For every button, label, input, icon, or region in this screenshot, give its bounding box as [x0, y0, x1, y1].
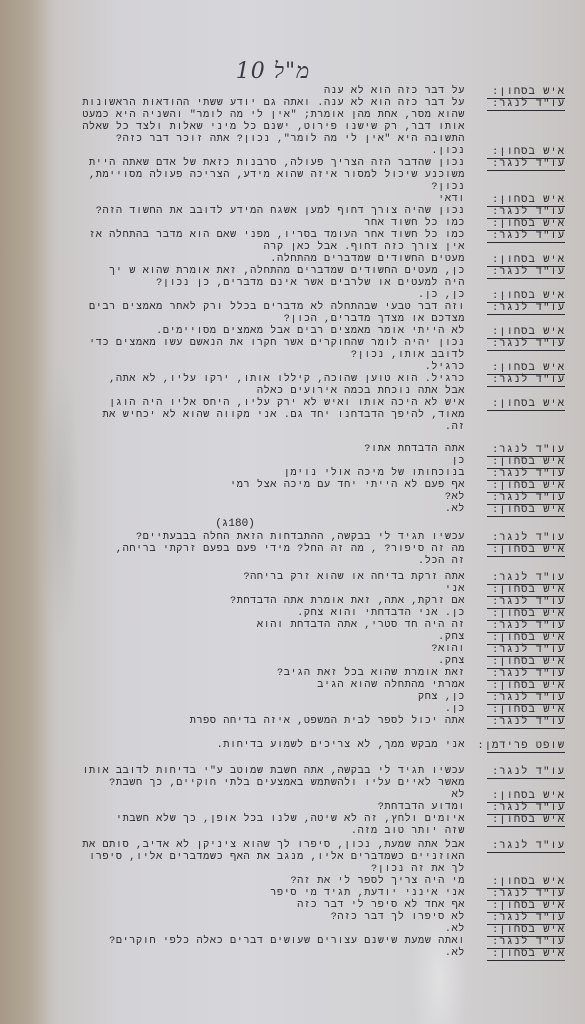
transcript-line: עו"ד לנגרזאת אומרת שהוא בכל זאת הגיב?: [0, 668, 585, 680]
transcript-line: איש בסחוןמי היה צריך לספר לי את זה?: [0, 876, 585, 888]
utterance-text: אין צורך כזה דחוף. אבל כאן קרה: [65, 242, 465, 254]
utterance-text: שזה יותר טוב מזה.: [65, 826, 465, 838]
transcript-line: עו"ד לנגרעכשיו תגיד לי בבקשה, ההתבדחות ה…: [0, 532, 585, 544]
transcript-line: איש בסחוןכמו כל חשוד אחר: [0, 218, 585, 230]
transcript-line: עו"ד לנגרלא?: [0, 492, 585, 504]
utterance-text: עכשיו תגיד לי בבקשה, ההתבדחות הזאת החלה …: [65, 532, 465, 544]
utterance-text: זה הכל.: [65, 556, 465, 568]
utterance-text: כן, צחק: [65, 692, 465, 704]
utterance-text: מאוד, להיפך הדבדחנו יחד גם. אני מקווה שה…: [65, 410, 465, 422]
utterance-text: עכשיו תגיד לי בבקשה, אתה חשבת שמוטב ע"י …: [65, 766, 465, 778]
utterance-text: כרגיל.: [65, 362, 465, 374]
transcript-line: איש בסחוןודאי: [0, 194, 585, 206]
utterance-text: נכון.: [65, 146, 465, 158]
utterance-text: ואתה שמעת שישנם עצורים שעושים דברים כאלה…: [65, 936, 465, 948]
transcript-line: איש בסחוןמה זה סיפור? , מה זה החל? מידי …: [0, 544, 585, 556]
utterance-text: זה היה חד סטרי, אתה הדבדחת והוא: [65, 620, 465, 632]
transcript-line: עו"ד לנגרוזה דבר טבעי שבהתחלה לא מדברים …: [0, 302, 585, 314]
transcript-line: איש בסחוןאף אחד לא סיפר לי דבר כזה: [0, 900, 585, 912]
transcript-line: עו"ד לנגראתה זרקת בדיחה או שהוא זרק בריח…: [0, 572, 585, 584]
transcript-line: עו"ד לנגראני אינני יודעת, תגיד מי סיפר: [0, 888, 585, 900]
transcript-line: איש בסחוןכן.: [0, 704, 585, 716]
transcript-line: שזה יותר טוב מזה.: [0, 826, 585, 838]
utterance-text: ודאי: [65, 194, 465, 206]
transcript-line: עו"ד לנגרעל דבר כזה הוא לא ענה. ואתה גם …: [0, 98, 585, 110]
transcript-line: איש בסחוןצחק.: [0, 656, 585, 668]
utterance-text: מי היה צריך לספר לי את זה?: [65, 876, 465, 888]
utterance-text: כן: [65, 456, 465, 468]
transcript-line: היה למעטים או שלרבים אשר אינם מדברים, כן…: [0, 278, 585, 290]
transcript-line: שהוא מסר, אחת מהן אומרת; "אין לי מה לומר…: [0, 110, 585, 122]
transcript-line: איש בסחוןלא.: [0, 924, 585, 936]
transcript-line: עו"ד לנגרוהוא?: [0, 644, 585, 656]
transcript-line: איש בסחוןכן, כן.: [0, 290, 585, 302]
transcript-line: איש בסחוןאמרתי מהתחלה שהוא הגיב: [0, 680, 585, 692]
transcript-line: האוזניים כשמדברים אליו, מנגב את האף כשמד…: [0, 852, 585, 864]
utterance-text: אף אחד לא סיפר לי דבר כזה: [65, 900, 465, 912]
transcript-line: עו"ד לנגרנכון שהדבר הזה הצריך פעולה, סרב…: [0, 158, 585, 170]
utterance-text: אבל אתה נוכחת בכמה אירועים כאלה: [65, 386, 465, 398]
transcript-line: איש בסחוןאיומים ולחץ, זה לא שיטה, שלנו ב…: [0, 814, 585, 826]
utterance-text: אני מבקש ממך, לא צריכים לשמוע בדיחות.: [65, 740, 465, 752]
utterance-text: לא.: [65, 948, 465, 960]
transcript-line: איש בסחוןלא: [0, 790, 585, 802]
transcript-line: איש בסחוןצחק.: [0, 632, 585, 644]
utterance-text: לך את זה נכון?: [65, 864, 465, 876]
utterance-text: אם זרקת, אתה, זאת אומרת אתה הדבדחת?: [65, 596, 465, 608]
transcript-line: עו"ד לנגרנכון יהיה לומר שהחוקרים אשר חקר…: [0, 338, 585, 350]
utterance-text: כמו כל חשוד אחר: [65, 218, 465, 230]
transcript-line: עו"ד לנגרעכשיו תגיד לי בבקשה, אתה חשבת ש…: [0, 766, 585, 778]
transcript-line: עו"ד לנגראם זרקת, אתה, זאת אומרת אתה הדב…: [0, 596, 585, 608]
utterance-text: שהוא מסר, אחת מהן אומרת; "אין לי מה לומר…: [65, 110, 465, 122]
utterance-text: כן, מעטים החשודים שמדברים מהתחלה, זאת או…: [65, 266, 465, 278]
utterance-text: לא.: [65, 504, 465, 516]
utterance-text: מצדכם או מצדך מדברים, הכון?: [65, 314, 465, 326]
transcript-line: עו"ד לנגרכמו כל חשוד אחר העומד בסריו, מפ…: [0, 230, 585, 242]
transcript-line: מאוד, להיפך הדבדחנו יחד גם. אני מקווה שה…: [0, 410, 585, 422]
utterance-text: והוא?: [65, 644, 465, 656]
speaker-label: עו"ד לנגר: [487, 716, 565, 729]
transcript-line: עו"ד לנגראתה הדבדחת אתו?: [0, 444, 585, 456]
utterance-text: איש לא היכה אותו ואיש לא ירק עליו, היחס …: [65, 398, 465, 410]
transcript-line: איש בסחוןכרגיל.: [0, 362, 585, 374]
transcript-line: איש בסחוןאף פעם לא הייתי יחד עם מיכה אצל…: [0, 480, 585, 492]
utterance-text: כן.: [65, 704, 465, 716]
utterance-text: כרגיל. הוא טוען שהוכה, קיללו אותו, ירקו …: [65, 374, 465, 386]
transcript-line: איש בסחוןלא הייתי אומר מאמצים רבים אבל מ…: [0, 326, 585, 338]
transcript-line: איש בסחוןנכון.: [0, 146, 585, 158]
utterance-text: אף פעם לא הייתי יחד עם מיכה אצל רמי: [65, 480, 465, 492]
transcript-line: עו"ד לנגרלא סיפרו לך דבר כזה?: [0, 912, 585, 924]
utterance-text: צחק.: [65, 632, 465, 644]
transcript-line: זה הכל.: [0, 556, 585, 568]
utterance-text: זאת אומרת שהוא בכל זאת הגיב?: [65, 668, 465, 680]
transcript-line: איש בסחוןלא.: [0, 948, 585, 960]
transcript-line: עו"ד לנגרכרגיל. הוא טוען שהוכה, קיללו או…: [0, 374, 585, 386]
speaker-label: איש בסחון: [487, 948, 565, 961]
utterance-text: כן, כן.: [65, 290, 465, 302]
utterance-text: אותו דבר, רק שישנו פירוט, ישנם כל מיני ש…: [65, 122, 465, 134]
utterance-text: על דבר כזה הוא לא ענה. ואתה גם יודע ששתי…: [65, 98, 465, 110]
utterance-text: התשובה היא "אין לי מה לומר", נכון? אתה ז…: [65, 134, 465, 146]
transcript-line: אין צורך כזה דחוף. אבל כאן קרה: [0, 242, 585, 254]
utterance-text: נכון שהדבר הזה הצריך פעולה, סרבנות כזאת …: [65, 158, 465, 170]
utterance-text: לא.: [65, 924, 465, 936]
utterance-text: זה.: [65, 422, 465, 434]
transcript-line: התשובה היא "אין לי מה לומר", נכון? אתה ז…: [0, 134, 585, 146]
utterance-text: אבל אתה שמעת, נכון, סיפרו לך שהוא ציניקן…: [65, 840, 465, 852]
utterance-text: בנוכחותו של מיכה אולי נוימן: [65, 468, 465, 480]
utterance-text: כן. אני הדבדחתי והוא צחק.: [65, 608, 465, 620]
transcript-line: עו"ד לנגרכן, צחק: [0, 692, 585, 704]
speaker-label: איש בסחון: [487, 504, 565, 517]
transcript-line: משוכנע שיכול למסור איזה שהוא מידע, הצריכ…: [0, 170, 585, 182]
utterance-text: צחק.: [65, 656, 465, 668]
utterance-text: אתה יכול לספר לבית המשפט, איזה בדיחה ספר…: [65, 716, 465, 728]
utterance-text: היה למעטים או שלרבים אשר אינם מדברים, כן…: [65, 278, 465, 290]
utterance-text: האוזניים כשמדברים אליו, מנגב את האף כשמד…: [65, 852, 465, 864]
transcript-body: איש בסחוןעל דבר כזה הוא לא ענהעו"ד לנגרע…: [0, 0, 585, 1024]
transcript-line: איש בסחוןאני: [0, 584, 585, 596]
utterance-text: מעטים החשודים שמדברים מהתחלה.: [65, 254, 465, 266]
transcript-line: עו"ד לנגראתה יכול לספר לבית המשפט, איזה …: [0, 716, 585, 728]
utterance-text: לא הייתי אומר מאמצים רבים אבל מאמצים מסו…: [65, 326, 465, 338]
utterance-text: נכון שהיה צורך דחוף למען אשגח המידע לדוב…: [65, 206, 465, 218]
utterance-text: על דבר כזה הוא לא ענה: [65, 86, 465, 98]
utterance-text: וזה דבר טבעי שבהתחלה לא מדברים בכלל ורק …: [65, 302, 465, 314]
transcript-line: נכון?: [0, 182, 585, 194]
utterance-text: נכון יהיה לומר שהחוקרים אשר חקרו את הנאש…: [65, 338, 465, 350]
utterance-text: אני: [65, 584, 465, 596]
utterance-text: מה זה סיפור? , מה זה החל? מידי פעם בפעם …: [65, 544, 465, 556]
transcript-line: איש בסחוןלא.: [0, 504, 585, 516]
utterance-text: איומים ולחץ, זה לא שיטה, שלנו בכל אופן, …: [65, 814, 465, 826]
utterance-text: כמו כל חשוד אחר העומד בסריו, מפני שאם הו…: [65, 230, 465, 242]
transcript-line: מצדכם או מצדך מדברים, הכון?: [0, 314, 585, 326]
utterance-text: לא: [65, 790, 465, 802]
transcript-line: עו"ד לנגראבל אתה שמעת, נכון, סיפרו לך שה…: [0, 840, 585, 852]
utterance-text: לדובב אותו, נכון?: [65, 350, 465, 362]
speaker-label: שופט פרידמן: [487, 740, 565, 753]
utterance-text: משוכנע שיכול למסור איזה שהוא מידע, הצריכ…: [65, 170, 465, 182]
utterance-text: נכון?: [65, 182, 465, 194]
transcript-line: לדובב אותו, נכון?: [0, 350, 585, 362]
transcript-line: עו"ד לנגרואתה שמעת שישנם עצורים שעושים ד…: [0, 936, 585, 948]
utterance-text: אתה הדבדחת אתו?: [65, 444, 465, 456]
transcript-line: אותו דבר, רק שישנו פירוט, ישנם כל מיני ש…: [0, 122, 585, 134]
transcript-line: איש בסחוןכן. אני הדבדחתי והוא צחק.: [0, 608, 585, 620]
transcript-line: אבל אתה נוכחת בכמה אירועים כאלה: [0, 386, 585, 398]
transcript-line: איש בסחוןאיש לא היכה אותו ואיש לא ירק על…: [0, 398, 585, 410]
transcript-line: עו"ד לנגרכן, מעטים החשודים שמדברים מהתחל…: [0, 266, 585, 278]
utterance-text: אני אינני יודעת, תגיד מי סיפר: [65, 888, 465, 900]
transcript-line: עו"ד לנגרזה היה חד סטרי, אתה הדבדחת והוא: [0, 620, 585, 632]
transcript-line: לך את זה נכון?: [0, 864, 585, 876]
utterance-text: לא סיפרו לך דבר כזה?: [65, 912, 465, 924]
transcript-line: איש בסחוןמעטים החשודים שמדברים מהתחלה.: [0, 254, 585, 266]
transcript-line: עו"ד לנגרומדוע הדבדחת?: [0, 802, 585, 814]
utterance-text: מאשר לאיים עליו ולהשתמש באמצעים בלתי חוק…: [65, 778, 465, 790]
transcript-line: שופט פרידמןאני מבקש ממך, לא צריכים לשמוע…: [0, 740, 585, 752]
transcript-line: עו"ד לנגרנכון שהיה צורך דחוף למען אשגח ה…: [0, 206, 585, 218]
transcript-line: איש בסחוןכן: [0, 456, 585, 468]
transcript-line: מאשר לאיים עליו ולהשתמש באמצעים בלתי חוק…: [0, 778, 585, 790]
transcript-line: זה.: [0, 422, 585, 434]
utterance-text: אמרתי מהתחלה שהוא הגיב: [65, 680, 465, 692]
transcript-line: עו"ד לנגרבנוכחותו של מיכה אולי נוימן: [0, 468, 585, 480]
transcript-line: איש בסחוןעל דבר כזה הוא לא ענה: [0, 86, 585, 98]
utterance-text: ומדוע הדבדחת?: [65, 802, 465, 814]
utterance-text: לא?: [65, 492, 465, 504]
utterance-text: אתה זרקת בדיחה או שהוא זרק בריחה?: [65, 572, 465, 584]
